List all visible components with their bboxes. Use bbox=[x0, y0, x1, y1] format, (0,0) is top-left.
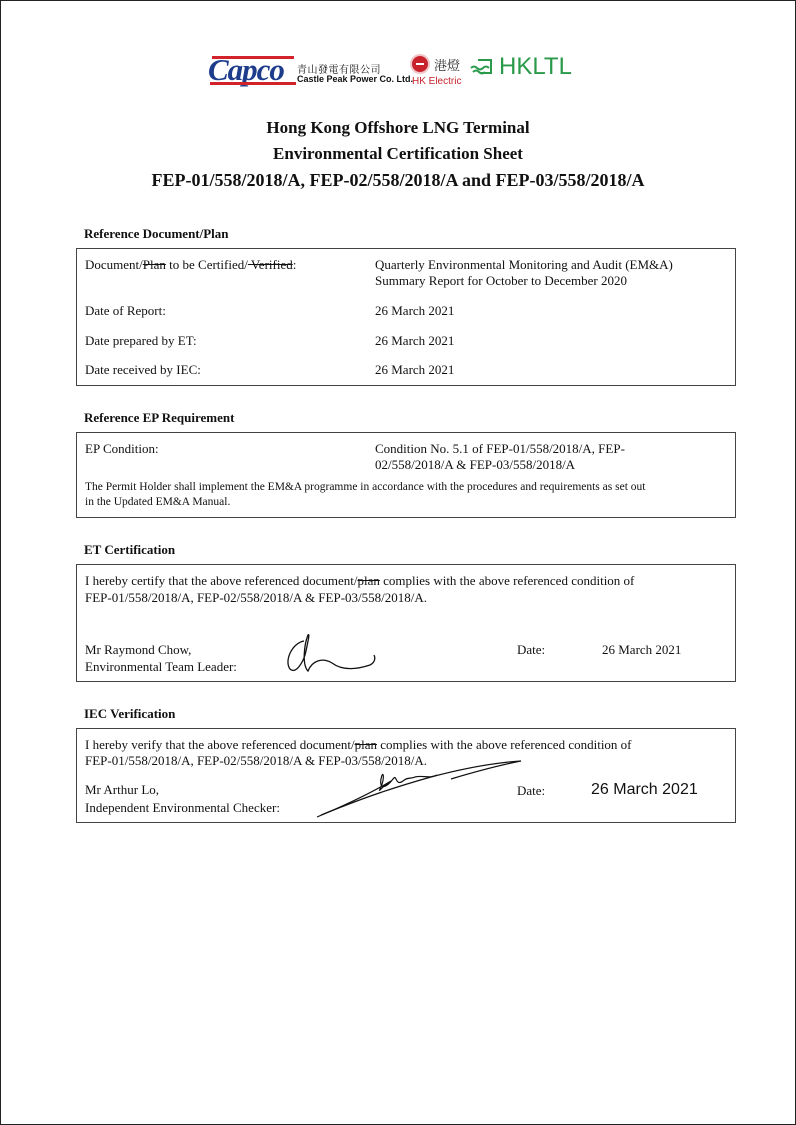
statement-text: I hereby certify that the above referenc… bbox=[85, 573, 358, 588]
section-heading-reference-document: Reference Document/Plan bbox=[84, 226, 229, 242]
iec-date-label: Date: bbox=[517, 783, 545, 799]
section-heading-iec-verification: IEC Verification bbox=[84, 706, 175, 722]
ep-requirement-box: EP Condition: Condition No. 5.1 of FEP-0… bbox=[76, 432, 736, 518]
date-received-label: Date received by IEC: bbox=[85, 362, 201, 378]
et-date-value: 26 March 2021 bbox=[602, 642, 681, 658]
logo-bar: Capco 青山發電有限公司 Castle Peak Power Co. Ltd… bbox=[208, 52, 578, 92]
label-text: to be Certified/ bbox=[166, 257, 248, 272]
section-heading-ep-requirement: Reference EP Requirement bbox=[84, 410, 234, 426]
iec-name: Mr Arthur Lo, bbox=[85, 782, 159, 798]
statement-text: complies with the above referenced condi… bbox=[380, 573, 635, 588]
capco-english-name: Castle Peak Power Co. Ltd. bbox=[297, 74, 413, 84]
iec-date-value: 26 March 2021 bbox=[591, 782, 698, 798]
document-subtitle: Environmental Certification Sheet bbox=[0, 141, 796, 167]
date-prepared-value: 26 March 2021 bbox=[375, 333, 454, 349]
date-of-report-value: 26 March 2021 bbox=[375, 303, 454, 319]
section-heading-et-certification: ET Certification bbox=[84, 542, 175, 558]
ep-condition-label: EP Condition: bbox=[85, 441, 159, 457]
hkltl-wave-icon bbox=[470, 57, 494, 77]
date-prepared-label: Date prepared by ET: bbox=[85, 333, 197, 349]
document-value-line1: Quarterly Environmental Monitoring and A… bbox=[375, 257, 673, 273]
et-signature bbox=[282, 631, 382, 677]
iec-role: Independent Environmental Checker: bbox=[85, 800, 280, 816]
ep-condition-value-line2: 02/558/2018/A & FEP-03/558/2018/A bbox=[375, 457, 575, 473]
et-role: Environmental Team Leader: bbox=[85, 659, 237, 675]
et-statement-line2: FEP-01/558/2018/A, FEP-02/558/2018/A & F… bbox=[85, 590, 427, 606]
et-name: Mr Raymond Chow, bbox=[85, 642, 191, 658]
iec-signature bbox=[311, 757, 531, 821]
iec-statement-line1: I hereby verify that the above reference… bbox=[85, 737, 632, 753]
capco-logo-stripe bbox=[210, 82, 296, 85]
hk-electric-name: HK Electric bbox=[412, 76, 461, 87]
et-date-label: Date: bbox=[517, 642, 545, 658]
document-title: Hong Kong Offshore LNG Terminal bbox=[0, 115, 796, 141]
date-of-report-label: Date of Report: bbox=[85, 303, 166, 319]
struck-text: plan bbox=[355, 737, 377, 752]
hk-electric-chinese-name: 港燈 bbox=[434, 55, 460, 74]
document-value-line2: Summary Report for October to December 2… bbox=[375, 273, 627, 289]
permit-numbers: FEP-01/558/2018/A, FEP-02/558/2018/A and… bbox=[0, 167, 796, 193]
statement-text: I hereby verify that the above reference… bbox=[85, 737, 355, 752]
statement-text: complies with the above referenced condi… bbox=[377, 737, 632, 752]
label-text: : bbox=[293, 257, 297, 272]
struck-text: Verified bbox=[248, 257, 293, 272]
iec-verification-box: I hereby verify that the above reference… bbox=[76, 728, 736, 823]
et-certification-box: I hereby certify that the above referenc… bbox=[76, 564, 736, 682]
document-label: Document/Plan to be Certified/ Verified: bbox=[85, 257, 296, 273]
et-statement-line1: I hereby certify that the above referenc… bbox=[85, 573, 634, 589]
date-received-value: 26 March 2021 bbox=[375, 362, 454, 378]
ep-note-line1: The Permit Holder shall implement the EM… bbox=[85, 480, 645, 495]
hk-electric-emblem-icon bbox=[410, 54, 430, 74]
label-text: Document/ bbox=[85, 257, 143, 272]
struck-text: plan bbox=[358, 573, 380, 588]
reference-document-box: Document/Plan to be Certified/ Verified:… bbox=[76, 248, 736, 386]
ep-condition-value-line1: Condition No. 5.1 of FEP-01/558/2018/A, … bbox=[375, 441, 625, 457]
ep-note-line2: in the Updated EM&A Manual. bbox=[85, 495, 230, 510]
struck-text: Plan bbox=[143, 257, 166, 272]
hkltl-logo: HKLTL bbox=[499, 54, 572, 80]
